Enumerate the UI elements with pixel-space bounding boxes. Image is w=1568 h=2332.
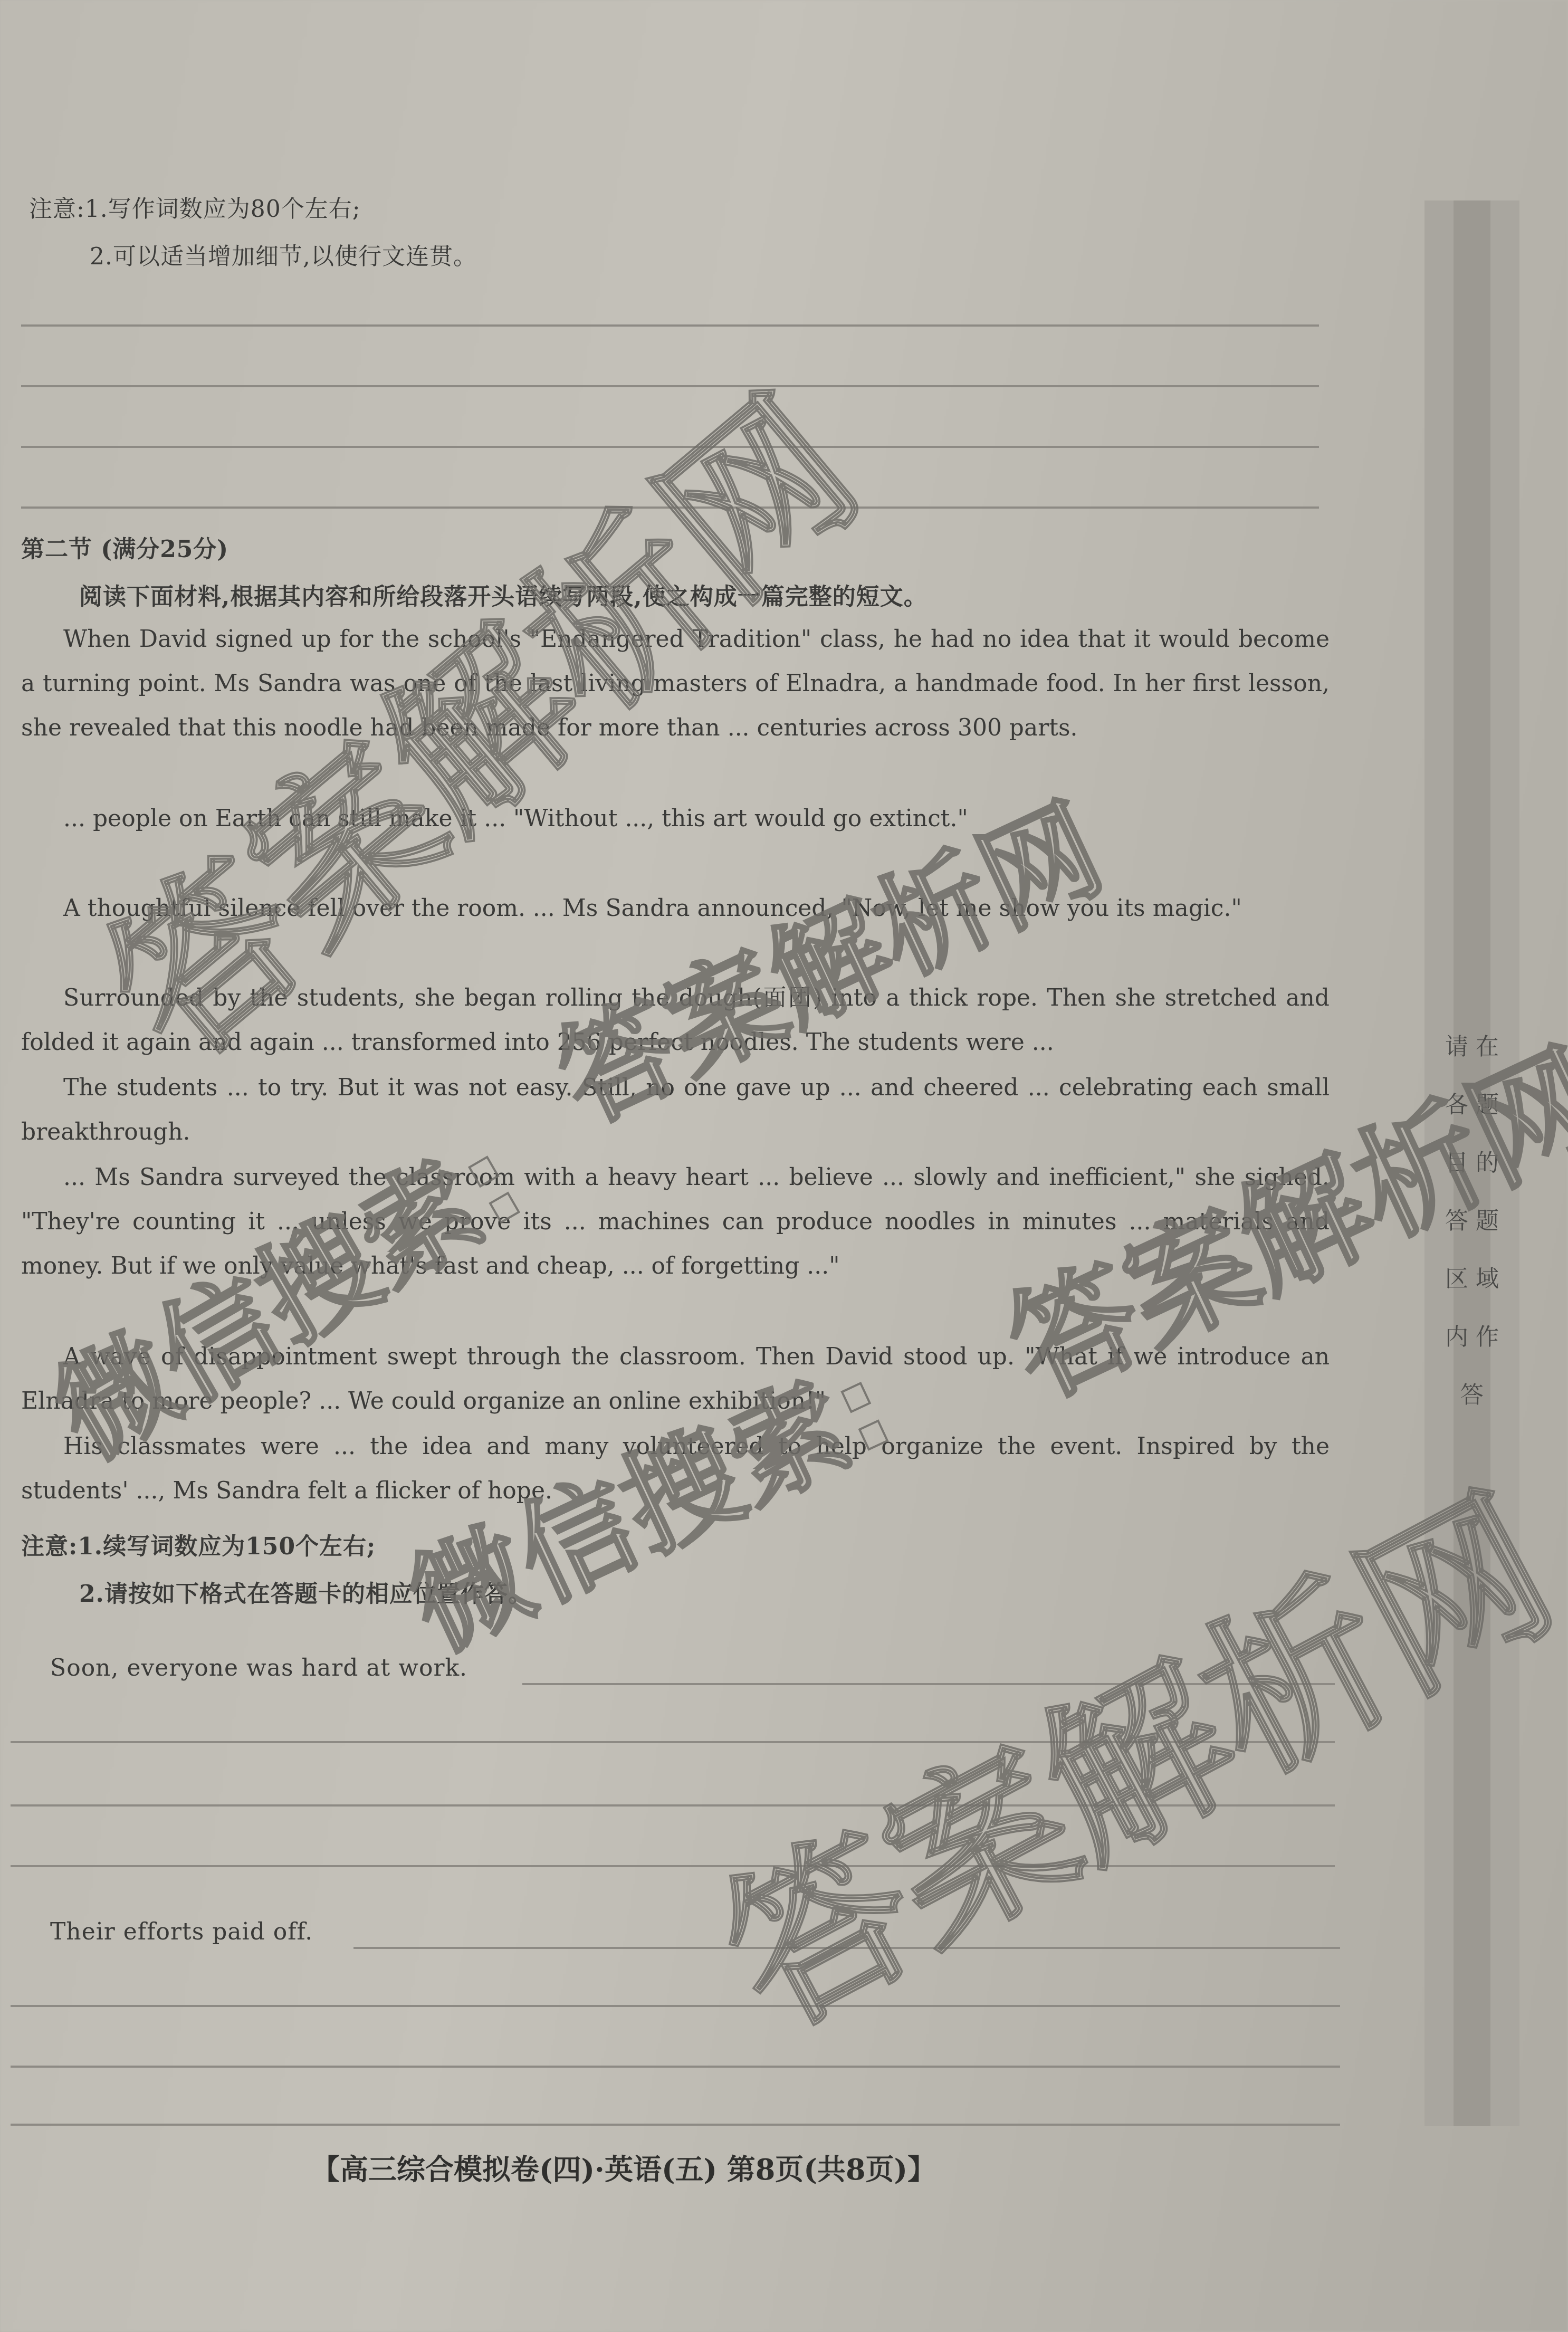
continuation-note-line1: 注意:1.续写词数应为150个左右; [21, 1525, 376, 1569]
task-note-line1: 注意:1.写作词数应为80个左右; [29, 187, 361, 232]
paragraph-prompt-2: Their efforts paid off. [50, 1910, 313, 1954]
task-note-line2: 2.可以适当增加细节,以使行文连贯。 [90, 235, 477, 279]
answer-line [21, 324, 1319, 327]
page-footer: 【高三综合模拟卷(四)·英语(五) 第8页(共8页)】 [311, 2147, 936, 2188]
answer-line[interactable] [11, 2124, 1340, 2126]
paragraph-prompt-1: Soon, everyone was hard at work. [50, 1646, 467, 1690]
section-heading: 第二节 (满分25分) [21, 528, 228, 572]
answer-line[interactable] [11, 2066, 1340, 2068]
answer-line[interactable] [11, 2005, 1340, 2007]
